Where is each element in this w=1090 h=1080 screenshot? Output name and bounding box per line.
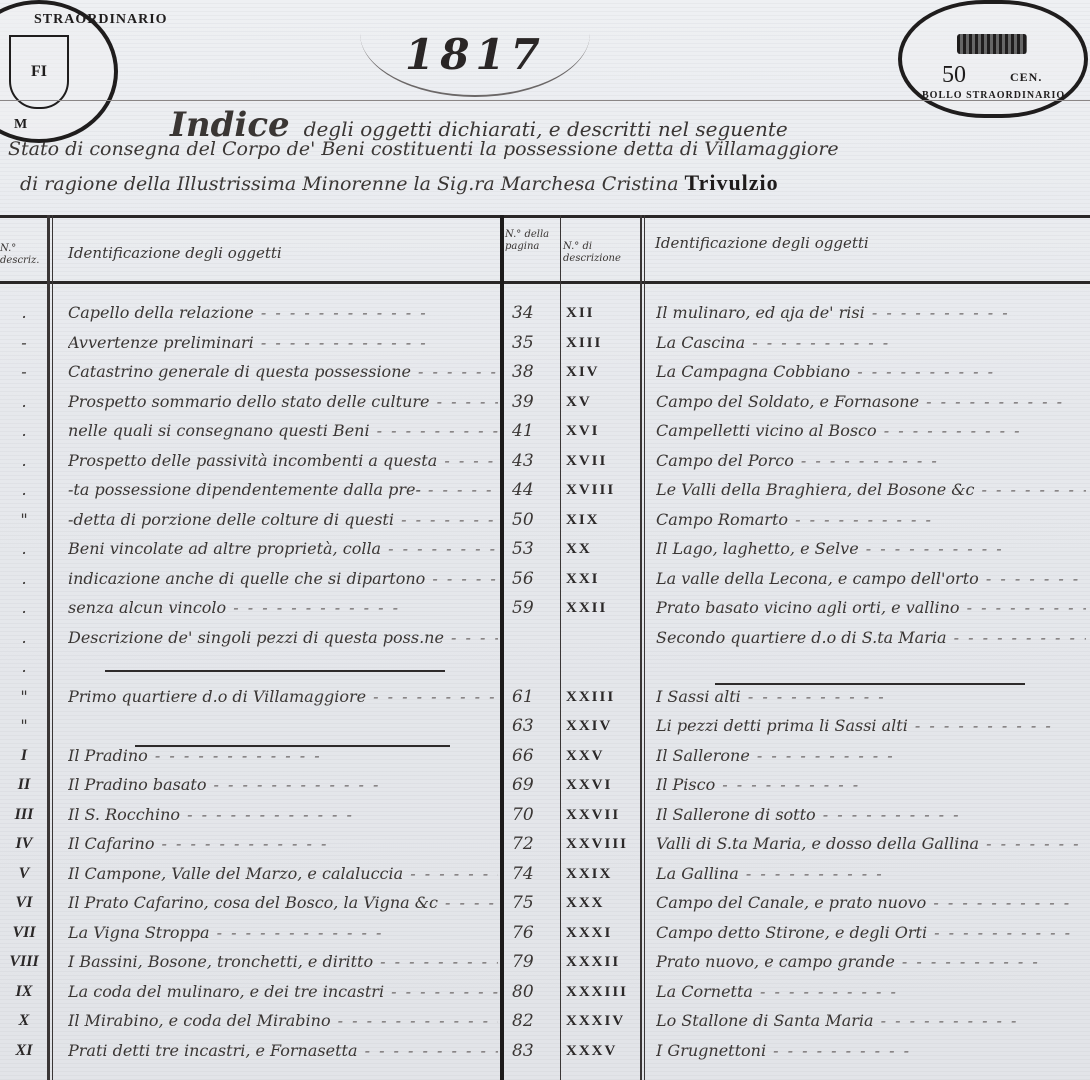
left-item-description: senza alcun vincolo - - - - - - - - - - … [68, 594, 498, 622]
leader-dashes: - - - - - - - - - - - - [254, 333, 428, 352]
table-row: XIl Mirabino, e coda del Mirabino - - - … [0, 1007, 1090, 1035]
title-line-3: di ragione della Illustrissima Minorenne… [20, 170, 779, 196]
leader-dashes: - - - - - - - - - - [741, 687, 886, 706]
right-item-number [566, 653, 638, 681]
right-item-text: Campo detto Stirone, e degli Orti [656, 923, 927, 942]
crown-icon [957, 34, 1027, 54]
leader-dashes: - - - - - - - - - - [739, 864, 884, 883]
right-item-number: XXX [566, 889, 638, 917]
left-item-description: Il Prato Cafarino, cosa del Bosco, la Vi… [68, 889, 498, 917]
right-item-number: XXXIV [566, 1007, 638, 1035]
table-row: .Beni vincolate ad altre proprietà, coll… [0, 535, 1090, 563]
document-year: 1817 [405, 30, 546, 79]
right-item-number: XXIII [566, 683, 638, 711]
left-item-number: V [4, 860, 44, 888]
table-row: XIPrati detti tre incastri, e Fornasetta… [0, 1037, 1090, 1065]
right-item-number: XXVIII [566, 830, 638, 858]
right-item-number: XXXII [566, 948, 638, 976]
right-item-text: Campo del Soldato, e Fornasone [656, 392, 919, 411]
leader-dashes: - - - - - - - - - - - - [154, 834, 328, 853]
right-item-text: Il Pisco [656, 775, 715, 794]
table-row: IXLa coda del mulinaro, e dei tre incast… [0, 978, 1090, 1006]
right-item-text: Li pezzi detti prima li Sassi alti [656, 716, 908, 735]
leader-dashes: - - - - - - - - - - [960, 598, 1086, 617]
left-item-description: Prospetto sommario dello stato delle cul… [68, 388, 498, 416]
page-number: 72 [512, 830, 556, 858]
leader-dashes: - - - - - - - - - - [859, 539, 1004, 558]
page-number [512, 624, 556, 652]
left-item-number: - [4, 358, 44, 386]
table-row: .Descrizione de' singoli pezzi di questa… [0, 624, 1090, 652]
leader-dashes: - - - - - - - - - - - - [331, 1011, 498, 1030]
leader-dashes: - - - - - - - - - - - - [357, 1041, 498, 1060]
left-item-number: " [4, 712, 44, 740]
left-item-description: Avvertenze preliminari - - - - - - - - -… [68, 329, 498, 357]
page-number: 76 [512, 919, 556, 947]
right-item-description: La Cascina - - - - - - - - - - [656, 329, 1086, 357]
table-row: "Primo quartiere d.o di Villamaggiore - … [0, 683, 1090, 711]
left-item-description: Catastrino generale di questa possession… [68, 358, 498, 386]
right-item-description: Prato basato vicino agli orti, e vallino… [656, 594, 1086, 622]
left-item-description [68, 653, 498, 681]
page-number: 44 [512, 476, 556, 504]
leader-dashes: - - - - - - - - - - - - [421, 480, 498, 499]
right-item-description: La Gallina - - - - - - - - - - [656, 860, 1086, 888]
left-item-text: Capello della relazione [68, 303, 254, 322]
leader-dashes: - - - - - - - - - - - - [425, 569, 498, 588]
right-item-description: Campo del Canale, e prato nuovo - - - - … [656, 889, 1086, 917]
left-item-number: . [4, 594, 44, 622]
left-item-number: . [4, 565, 44, 593]
right-item-text: La Cascina [656, 333, 745, 352]
right-item-text: I Sassi alti [656, 687, 741, 706]
page-number: 35 [512, 329, 556, 357]
left-item-number: " [4, 683, 44, 711]
table-row: IIIIl S. Rocchino - - - - - - - - - - - … [0, 801, 1090, 829]
leader-dashes: - - - - - - - - - - [927, 923, 1072, 942]
right-item-description: Il Lago, laghetto, e Selve - - - - - - -… [656, 535, 1086, 563]
left-item-text: La Vigna Stroppa [68, 923, 210, 942]
shield-text: FI [31, 63, 47, 81]
left-item-text: I Bassini, Bosone, tronchetti, e diritto [68, 952, 373, 971]
coat-of-arms-icon: FI [9, 35, 69, 109]
leader-dashes: - - - - - - - - - - [919, 392, 1064, 411]
leader-dashes: - - - - - - - - - - - - [437, 451, 498, 470]
leader-dashes: - - - - - - - - - - - - [254, 303, 428, 322]
page-number: 70 [512, 801, 556, 829]
left-item-text: senza alcun vincolo [68, 598, 226, 617]
page-number: 74 [512, 860, 556, 888]
table-header-rule [0, 281, 1090, 284]
left-item-description: La Vigna Stroppa - - - - - - - - - - - - [68, 919, 498, 947]
left-item-description: La coda del mulinaro, e dei tre incastri… [68, 978, 498, 1006]
leader-dashes: - - - - - - - - - - [750, 746, 895, 765]
page-number: 41 [512, 417, 556, 445]
right-item-description: Campo Romarto - - - - - - - - - - [656, 506, 1086, 534]
leader-dashes: - - - - - - - - - - [926, 893, 1071, 912]
leader-dashes: - - - - - - - - - - - - [366, 687, 498, 706]
left-item-text: Catastrino generale di questa possession… [68, 362, 411, 381]
family-name: Trivulzio [685, 170, 779, 195]
table-row: .indicazione anche di quelle che si dipa… [0, 565, 1090, 593]
right-item-description: Li pezzi detti prima li Sassi alti - - -… [656, 712, 1086, 740]
stamp-bottom-text: M [14, 117, 28, 133]
left-item-number: VI [4, 889, 44, 917]
left-item-description: Beni vincolate ad altre proprietà, colla… [68, 535, 498, 563]
leader-dashes: - - - - - - - - - - - - [394, 510, 498, 529]
left-item-text: Il S. Rocchino [68, 805, 180, 824]
right-item-description: Le Valli della Braghiera, del Bosone &c … [656, 476, 1086, 504]
left-item-number: . [4, 417, 44, 445]
right-item-text: Il Lago, laghetto, e Selve [656, 539, 859, 558]
table-row: -Catastrino generale di questa possessio… [0, 358, 1090, 386]
left-item-number: . [4, 624, 44, 652]
title-line-3-text: di ragione della Illustrissima Minorenne… [20, 173, 679, 195]
right-item-description: Valli di S.ta Maria, e dosso della Galli… [656, 830, 1086, 858]
right-item-description: Campo del Soldato, e Fornasone - - - - -… [656, 388, 1086, 416]
table-row: .Prospetto delle passività incombenti a … [0, 447, 1090, 475]
leader-dashes: - - - - - - - - - - [766, 1041, 911, 1060]
index-table: N.° descriz. Identificazione degli ogget… [0, 215, 1090, 1080]
title-line-2: Stato di consegna del Corpo de' Beni cos… [8, 138, 839, 160]
left-item-number: XI [4, 1037, 44, 1065]
left-item-number: IX [4, 978, 44, 1006]
right-item-number: XXIV [566, 712, 638, 740]
table-row: -Avvertenze preliminari - - - - - - - - … [0, 329, 1090, 357]
leader-dashes: - - - - - - - - - - - - [210, 923, 384, 942]
left-item-text: Prospetto sommario dello stato delle cul… [68, 392, 429, 411]
left-item-number: . [4, 653, 44, 681]
table-row: VIl Campone, Valle del Marzo, e calalucc… [0, 860, 1090, 888]
left-item-text: Descrizione de' singoli pezzi di questa … [68, 628, 444, 647]
table-row: .Capello della relazione - - - - - - - -… [0, 299, 1090, 327]
right-item-number: XXXI [566, 919, 638, 947]
leader-dashes: - - - - - - - - - - [865, 303, 1010, 322]
right-item-description: Il Sallerone - - - - - - - - - - [656, 742, 1086, 770]
page-number: 69 [512, 771, 556, 799]
leader-dashes: - - - - - - - - - - - - [226, 598, 400, 617]
right-item-number: XXII [566, 594, 638, 622]
right-item-number: XV [566, 388, 638, 416]
table-row: VIIl Prato Cafarino, cosa del Bosco, la … [0, 889, 1090, 917]
leader-dashes: - - - - - - - - - - [979, 569, 1086, 588]
left-item-description: Prospetto delle passività incombenti a q… [68, 447, 498, 475]
left-item-description: Il Campone, Valle del Marzo, e calalucci… [68, 860, 498, 888]
leader-dashes: - - - - - - - - - - [979, 834, 1086, 853]
left-item-number: . [4, 476, 44, 504]
left-item-description: Capello della relazione - - - - - - - - … [68, 299, 498, 327]
table-row: .nelle quali si consegnano questi Beni -… [0, 417, 1090, 445]
left-item-description: Primo quartiere d.o di Villamaggiore - -… [68, 683, 498, 711]
right-item-description: Lo Stallone di Santa Maria - - - - - - -… [656, 1007, 1086, 1035]
left-item-number: X [4, 1007, 44, 1035]
right-item-text: Il Sallerone di sotto [656, 805, 816, 824]
page-number: 83 [512, 1037, 556, 1065]
right-item-text: Valli di S.ta Maria, e dosso della Galli… [656, 834, 979, 853]
left-item-text: nelle quali si consegnano questi Beni [68, 421, 370, 440]
right-item-description: I Sassi alti - - - - - - - - - - [656, 683, 1086, 711]
leader-dashes: - - - - - - - - - - - - [148, 746, 322, 765]
right-item-number: XXXIII [566, 978, 638, 1006]
right-item-number: XVIII [566, 476, 638, 504]
table-row: .-ta possessione dipendentemente dalla p… [0, 476, 1090, 504]
leader-dashes: - - - - - - - - - - - - [206, 775, 380, 794]
left-item-text: Il Cafarino [68, 834, 154, 853]
left-item-text: Prati detti tre incastri, e Fornasetta [68, 1041, 357, 1060]
page-number [512, 653, 556, 681]
left-item-number: I [4, 742, 44, 770]
leader-dashes: - - - - - - - - - - [908, 716, 1053, 735]
leader-dashes: - - - - - - - - - - - - [438, 893, 498, 912]
manuscript-page: STRAORDINARIO FI M 1817 50 CEN. BOLLO ST… [0, 0, 1090, 1080]
left-item-text: Il Pradino [68, 746, 148, 765]
leader-dashes: - - - - - - - - - - [794, 451, 939, 470]
table-row: "63XXIVLi pezzi detti prima li Sassi alt… [0, 712, 1090, 740]
table-top-rule [0, 215, 1090, 218]
right-item-description: Il Sallerone di sotto - - - - - - - - - … [656, 801, 1086, 829]
leader-dashes: - - - - - - - - - - - - [373, 952, 498, 971]
right-item-number: XX [566, 535, 638, 563]
right-item-text: Prato basato vicino agli orti, e vallino [656, 598, 960, 617]
right-item-description: La Campagna Cobbiano - - - - - - - - - - [656, 358, 1086, 386]
right-item-number: XVI [566, 417, 638, 445]
right-item-text: Campo Romarto [656, 510, 788, 529]
leader-dashes: - - - - - - - - - - [895, 952, 1040, 971]
right-item-description: I Grugnettoni - - - - - - - - - - [656, 1037, 1086, 1065]
right-item-number: XXV [566, 742, 638, 770]
right-item-description: La Cornetta - - - - - - - - - - [656, 978, 1086, 1006]
left-item-description: Prati detti tre incastri, e Fornasetta -… [68, 1037, 498, 1065]
left-item-description: Il Pradino basato - - - - - - - - - - - … [68, 771, 498, 799]
right-item-description: Campo del Porco - - - - - - - - - - [656, 447, 1086, 475]
right-item-description: Campelletti vicino al Bosco - - - - - - … [656, 417, 1086, 445]
leader-dashes: - - - - - - - - - - - - [411, 362, 498, 381]
right-item-number: XIII [566, 329, 638, 357]
page-number: 43 [512, 447, 556, 475]
right-item-text: La Cornetta [656, 982, 753, 1001]
leader-dashes: - - - - - - - - - - - - [384, 982, 498, 1001]
leader-dashes: - - - - - - - - - - [877, 421, 1022, 440]
left-item-description: nelle quali si consegnano questi Beni - … [68, 417, 498, 445]
left-item-text: -detta di porzione delle colture di ques… [68, 510, 394, 529]
left-item-text: Beni vincolate ad altre proprietà, colla [68, 539, 381, 558]
right-item-number: XII [566, 299, 638, 327]
header-left-desc: Identificazione degli oggetti [68, 245, 282, 262]
tax-stamp-left: STRAORDINARIO FI M [0, 0, 118, 143]
header-page: N.° della pagina [505, 229, 557, 253]
left-item-description: Il S. Rocchino - - - - - - - - - - - - [68, 801, 498, 829]
leader-dashes: - - - - - - - - - - [788, 510, 933, 529]
left-item-description: indicazione anche di quelle che si dipar… [68, 565, 498, 593]
right-item-text: La Campagna Cobbiano [656, 362, 850, 381]
right-item-text: I Grugnettoni [656, 1041, 766, 1060]
page-number: 80 [512, 978, 556, 1006]
page-number: 79 [512, 948, 556, 976]
right-item-text: Le Valli della Braghiera, del Bosone &c [656, 480, 974, 499]
right-item-description: La valle della Lecona, e campo dell'orto… [656, 565, 1086, 593]
page-number: 34 [512, 299, 556, 327]
right-item-number: XXVII [566, 801, 638, 829]
left-item-text: Prospetto delle passività incombenti a q… [68, 451, 437, 470]
left-item-text: Il Mirabino, e coda del Mirabino [68, 1011, 331, 1030]
left-item-description: -detta di porzione delle colture di ques… [68, 506, 498, 534]
left-item-text: La coda del mulinaro, e dei tre incastri [68, 982, 384, 1001]
table-row: .Prospetto sommario dello stato delle cu… [0, 388, 1090, 416]
left-item-text: Il Campone, Valle del Marzo, e calalucci… [68, 864, 403, 883]
right-item-text: Il mulinaro, ed aja de' risi [656, 303, 865, 322]
page-number: 56 [512, 565, 556, 593]
right-item-text: Campelletti vicino al Bosco [656, 421, 877, 440]
page-number: 53 [512, 535, 556, 563]
left-item-description [68, 712, 498, 740]
page-number: 59 [512, 594, 556, 622]
right-item-number: XXI [566, 565, 638, 593]
table-row: . [0, 653, 1090, 681]
left-item-number: - [4, 329, 44, 357]
right-item-number: XIX [566, 506, 638, 534]
left-item-text: indicazione anche di quelle che si dipar… [68, 569, 425, 588]
section-divider [715, 683, 1025, 685]
page-number: 82 [512, 1007, 556, 1035]
left-item-description: Descrizione de' singoli pezzi di questa … [68, 624, 498, 652]
table-row: VIILa Vigna Stroppa - - - - - - - - - - … [0, 919, 1090, 947]
right-item-number: XXVI [566, 771, 638, 799]
header-right-desc: Identificazione degli oggetti [655, 235, 869, 252]
left-item-text: Avvertenze preliminari [68, 333, 254, 352]
header-rule [0, 100, 1090, 101]
page-number: 38 [512, 358, 556, 386]
left-item-number: . [4, 388, 44, 416]
left-item-text: Il Prato Cafarino, cosa del Bosco, la Vi… [68, 893, 438, 912]
right-item-number: XXIX [566, 860, 638, 888]
right-item-description: Campo detto Stirone, e degli Orti - - - … [656, 919, 1086, 947]
leader-dashes: - - - - - - - - - - - - [444, 628, 498, 647]
left-item-description: I Bassini, Bosone, tronchetti, e diritto… [68, 948, 498, 976]
page-number: 50 [512, 506, 556, 534]
section-divider [105, 670, 445, 672]
left-item-number: VII [4, 919, 44, 947]
right-item-text: La Gallina [656, 864, 739, 883]
leader-dashes: - - - - - - - - - - - - [381, 539, 498, 558]
leader-dashes: - - - - - - - - - - - - [180, 805, 354, 824]
left-item-text: Primo quartiere d.o di Villamaggiore [68, 687, 366, 706]
header-left-num: N.° descriz. [0, 243, 45, 267]
left-item-number: III [4, 801, 44, 829]
left-item-text: -ta possessione dipendentemente dalla pr… [68, 480, 421, 499]
leader-dashes: - - - - - - - - - - - - [370, 421, 498, 440]
left-item-number: . [4, 447, 44, 475]
table-row: VIIII Bassini, Bosone, tronchetti, e dir… [0, 948, 1090, 976]
right-item-description: Il mulinaro, ed aja de' risi - - - - - -… [656, 299, 1086, 327]
table-row: .senza alcun vincolo - - - - - - - - - -… [0, 594, 1090, 622]
leader-dashes: - - - - - - - - - - [974, 480, 1086, 499]
leader-dashes: - - - - - - - - - - [816, 805, 961, 824]
right-item-text: Lo Stallone di Santa Maria [656, 1011, 874, 1030]
left-item-description: Il Cafarino - - - - - - - - - - - - [68, 830, 498, 858]
right-item-description: Prato nuovo, e campo grande - - - - - - … [656, 948, 1086, 976]
left-item-description: Il Mirabino, e coda del Mirabino - - - -… [68, 1007, 498, 1035]
left-item-number: " [4, 506, 44, 534]
page-number: 61 [512, 683, 556, 711]
leader-dashes: - - - - - - - - - - [947, 628, 1087, 647]
leader-dashes: - - - - - - - - - - [850, 362, 995, 381]
left-item-number: IV [4, 830, 44, 858]
stamp-unit: CEN. [1010, 70, 1042, 85]
right-item-description [656, 653, 1086, 681]
left-item-number: II [4, 771, 44, 799]
right-item-text: Il Sallerone [656, 746, 750, 765]
right-item-text: Campo del Canale, e prato nuovo [656, 893, 926, 912]
left-item-number: VIII [4, 948, 44, 976]
right-item-number: XVII [566, 447, 638, 475]
leader-dashes: - - - - - - - - - - [715, 775, 860, 794]
header-right-num: N.° di descrizione [563, 241, 637, 265]
page-number: 75 [512, 889, 556, 917]
stamp-ring-text: STRAORDINARIO [34, 12, 168, 28]
page-number: 63 [512, 712, 556, 740]
table-row: IIIl Pradino basato - - - - - - - - - - … [0, 771, 1090, 799]
left-item-number: . [4, 535, 44, 563]
section-divider [135, 745, 450, 747]
left-item-text: Il Pradino basato [68, 775, 206, 794]
leader-dashes: - - - - - - - - - - - - [403, 864, 498, 883]
right-item-text: Secondo quartiere d.o di S.ta Maria [656, 628, 947, 647]
right-item-text: Campo del Porco [656, 451, 794, 470]
page-number: 66 [512, 742, 556, 770]
leader-dashes: - - - - - - - - - - - - [429, 392, 498, 411]
left-item-number: . [4, 299, 44, 327]
page-number: 39 [512, 388, 556, 416]
right-item-description: Secondo quartiere d.o di S.ta Maria - - … [656, 624, 1086, 652]
right-item-text: La valle della Lecona, e campo dell'orto [656, 569, 979, 588]
table-row: "-detta di porzione delle colture di que… [0, 506, 1090, 534]
leader-dashes: - - - - - - - - - - [745, 333, 890, 352]
right-item-number: XXXV [566, 1037, 638, 1065]
right-item-description: Il Pisco - - - - - - - - - - [656, 771, 1086, 799]
right-item-number: XIV [566, 358, 638, 386]
leader-dashes: - - - - - - - - - - [753, 982, 898, 1001]
right-item-text: Prato nuovo, e campo grande [656, 952, 895, 971]
right-item-number [566, 624, 638, 652]
stamp-value: 50 [942, 62, 966, 89]
table-row: IVIl Cafarino - - - - - - - - - - - -72X… [0, 830, 1090, 858]
left-item-description: -ta possessione dipendentemente dalla pr… [68, 476, 498, 504]
leader-dashes: - - - - - - - - - - [874, 1011, 1019, 1030]
